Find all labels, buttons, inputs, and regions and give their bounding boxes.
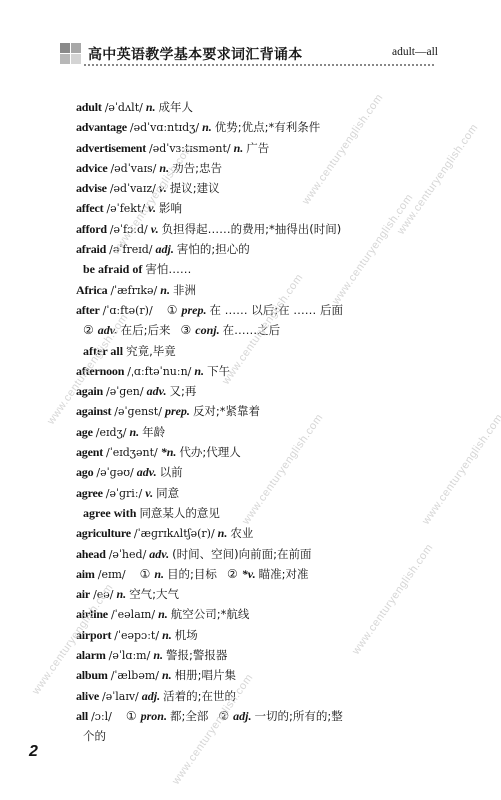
continuation-line: ②adv. 在后;后来③conj. 在……之后 (76, 320, 476, 340)
phonetic: /əˈɡriː/ (106, 487, 142, 500)
list-item: advertisement /ədˈvɜːtɪsmənt/ n. 广告 (76, 138, 476, 158)
definition: 同意某人的意见 (139, 506, 220, 520)
headword: advantage (76, 120, 127, 134)
part-of-speech: prep. (165, 404, 190, 418)
phrase-item: be afraid of 害怕…… (76, 259, 476, 279)
sense-number: ① (167, 303, 178, 317)
phrase: be afraid of (83, 262, 142, 276)
definition: 成年人 (159, 100, 194, 114)
phonetic: /əˈfekt/ (106, 202, 145, 215)
dotted-rule (84, 64, 434, 66)
definition: 都;全部 (170, 709, 208, 723)
definition: 提议;建议 (170, 181, 220, 195)
headword: all (76, 709, 88, 723)
list-item: ago /əˈɡəʊ/ adv. 以前 (76, 462, 476, 482)
part-of-speech: adj. (233, 709, 251, 723)
headword: aim (76, 567, 95, 581)
definition: 在后;后来 (121, 323, 171, 337)
definition: 在……之后 (223, 323, 281, 337)
definition: 劝告;忠告 (172, 161, 222, 175)
phonetic: /ɔːl/ (91, 710, 112, 723)
list-item: adult /əˈdʌlt/ n. 成年人 (76, 97, 476, 117)
definition: 以前 (160, 465, 183, 479)
definition: 农业 (230, 526, 253, 540)
definition: 空气;大气 (129, 587, 179, 601)
part-of-speech: adv. (147, 384, 167, 398)
headword: airport (76, 628, 111, 642)
definition: 又;再 (170, 384, 197, 398)
headword: album (76, 668, 108, 682)
phonetic: /əˈhed/ (109, 548, 147, 561)
definition: 影响 (159, 201, 182, 215)
headword: agriculture (76, 526, 131, 540)
phonetic: /ədˈvaɪs/ (110, 162, 156, 175)
phonetic: /ˈeəpɔːt/ (114, 629, 159, 642)
headword: adult (76, 100, 102, 114)
definition: 个的 (83, 729, 106, 743)
definition: 广告 (246, 141, 269, 155)
list-item: agree /əˈɡriː/ v. 同意 (76, 483, 476, 503)
part-of-speech: pron. (141, 709, 167, 723)
continuation-line: 个的 (76, 726, 476, 746)
definition: 目的;目标 (167, 567, 217, 581)
headword: after (76, 303, 100, 317)
phonetic: /əˈɡen/ (106, 385, 144, 398)
definition: 代办;代理人 (179, 445, 240, 459)
part-of-speech: v. (145, 486, 153, 500)
definition: 相册;唱片集 (175, 668, 236, 682)
headword: advice (76, 161, 107, 175)
phonetic: /ˈælbəm/ (111, 669, 159, 682)
phonetic: /ədˈvaɪz/ (110, 182, 156, 195)
headword: afternoon (76, 364, 124, 378)
headword: afraid (76, 242, 106, 256)
list-item: affect /əˈfekt/ v. 影响 (76, 198, 476, 218)
sense-number: ② (227, 567, 238, 581)
list-item: airport /ˈeəpɔːt/ n. 机场 (76, 625, 476, 645)
definition: 究竟,毕竟 (126, 344, 176, 358)
list-item: advise /ədˈvaɪz/ v. 提议;建议 (76, 178, 476, 198)
headword: ahead (76, 547, 106, 561)
part-of-speech: adv. (98, 323, 118, 337)
definition: 瞄准;对准 (259, 567, 309, 581)
phonetic: /əˈfɔːd/ (110, 223, 148, 236)
headword: air (76, 587, 90, 601)
list-item: age /eɪdʒ/ n. 年龄 (76, 422, 476, 442)
part-of-speech: n. (153, 648, 163, 662)
headword: alive (76, 689, 99, 703)
list-item: ahead /əˈhed/ adv. (时间、空间)向前面;在前面 (76, 544, 476, 564)
part-of-speech: n. (162, 628, 172, 642)
part-of-speech: adj. (142, 689, 160, 703)
list-item: again /əˈɡen/ adv. 又;再 (76, 381, 476, 401)
phonetic: /ˈɑːftə(r)/ (103, 304, 153, 317)
phonetic: /əˈɡenst/ (114, 405, 162, 418)
part-of-speech: n. (194, 364, 204, 378)
list-item: afternoon /ˌɑːftəˈnuːn/ n. 下午 (76, 361, 476, 381)
phonetic: /əˈdʌlt/ (105, 101, 143, 114)
phonetic: /əˈlaɪv/ (102, 690, 139, 703)
part-of-speech: v. (159, 181, 167, 195)
part-of-speech: n. (202, 120, 212, 134)
list-item: alarm /əˈlɑːm/ n. 警报;警报器 (76, 645, 476, 665)
part-of-speech: adv. (137, 465, 157, 479)
part-of-speech: *v. (242, 567, 256, 581)
list-item: airline /ˈeəlaɪn/ n. 航空公司;*航线 (76, 604, 476, 624)
sense-number: ② (83, 323, 94, 337)
part-of-speech: adj. (156, 242, 174, 256)
definition: 下午 (207, 364, 230, 378)
phonetic: /əˈɡəʊ/ (96, 466, 133, 479)
part-of-speech: *n. (161, 445, 177, 459)
sense-number: ③ (181, 323, 192, 337)
headword: ago (76, 465, 93, 479)
headword: agent (76, 445, 103, 459)
phonetic: /ˌɑːftəˈnuːn/ (127, 365, 191, 378)
phonetic: /ədˈvɑːntɪdʒ/ (130, 121, 199, 134)
list-item: all /ɔːl/①pron. 都;全部②adj. 一切的;所有的;整 (76, 706, 476, 726)
part-of-speech: n. (162, 668, 172, 682)
headword: age (76, 425, 93, 439)
page-number: 2 (29, 743, 38, 761)
phonetic: /eɪdʒ/ (96, 426, 127, 439)
phonetic: /ədˈvɜːtɪsmənt/ (149, 142, 231, 155)
list-item: alive /əˈlaɪv/ adj. 活着的;在世的 (76, 686, 476, 706)
headword: affect (76, 201, 103, 215)
phonetic: /ˈeəlaɪn/ (111, 608, 155, 621)
definition: 年龄 (142, 425, 165, 439)
sense-number: ① (140, 567, 151, 581)
definition: 优势;优点;*有利条件 (215, 120, 321, 134)
part-of-speech: n. (218, 526, 228, 540)
definition: 害怕…… (145, 262, 191, 276)
definition: 害怕的;担心的 (177, 242, 250, 256)
part-of-speech: prep. (181, 303, 206, 317)
headword: advertisement (76, 141, 146, 155)
list-item: advice /ədˈvaɪs/ n. 劝告;忠告 (76, 158, 476, 178)
definition: 一切的;所有的;整 (254, 709, 342, 723)
sense-number: ① (126, 709, 137, 723)
list-item: Africa /ˈæfrɪkə/ n. 非洲 (76, 280, 476, 300)
definition: 活着的;在世的 (163, 689, 236, 703)
definition: 航空公司;*航线 (171, 607, 250, 621)
headword: again (76, 384, 103, 398)
phonetic: /əˈfreɪd/ (109, 243, 152, 256)
headword: airline (76, 607, 108, 621)
definition: 警报;警报器 (166, 648, 227, 662)
entry-range: adult—all (392, 46, 438, 58)
part-of-speech: v. (148, 201, 156, 215)
four-squares-icon (60, 43, 82, 65)
definition: 在 …… 以后;在 …… 后面 (209, 303, 343, 317)
phrase-item: after all 究竟,毕竟 (76, 341, 476, 361)
headword: advise (76, 181, 107, 195)
phonetic: /ˈæfrɪkə/ (110, 284, 157, 297)
phonetic: /əˈlɑːm/ (109, 649, 151, 662)
list-item: air /eə/ n. 空气;大气 (76, 584, 476, 604)
phonetic: /ˈeɪdʒənt/ (106, 446, 158, 459)
phonetic: /eə/ (93, 588, 113, 601)
phrase: after all (83, 344, 123, 358)
vocabulary-list: adult /əˈdʌlt/ n. 成年人advantage /ədˈvɑːnt… (76, 97, 476, 747)
list-item: agriculture /ˈæɡrɪkʌltʃə(r)/ n. 农业 (76, 523, 476, 543)
part-of-speech: n. (146, 100, 156, 114)
headword: afford (76, 222, 107, 236)
list-item: against /əˈɡenst/ prep. 反对;*紧靠着 (76, 401, 476, 421)
part-of-speech: conj. (195, 323, 219, 337)
headword: agree (76, 486, 103, 500)
part-of-speech: n. (154, 567, 164, 581)
phonetic: /eɪm/ (98, 568, 126, 581)
part-of-speech: adv. (149, 547, 169, 561)
list-item: afraid /əˈfreɪd/ adj. 害怕的;担心的 (76, 239, 476, 259)
sense-number: ② (218, 709, 229, 723)
definition: (时间、空间)向前面;在前面 (172, 547, 311, 561)
headword: alarm (76, 648, 106, 662)
part-of-speech: n. (158, 607, 168, 621)
book-title: 高中英语教学基本要求词汇背诵本 (88, 44, 303, 64)
running-header: 高中英语教学基本要求词汇背诵本 adult—all (60, 43, 432, 69)
definition: 同意 (156, 486, 179, 500)
list-item: advantage /ədˈvɑːntɪdʒ/ n. 优势;优点;*有利条件 (76, 117, 476, 137)
part-of-speech: n. (159, 161, 169, 175)
definition: 机场 (175, 628, 198, 642)
definition: 非洲 (173, 283, 196, 297)
list-item: agent /ˈeɪdʒənt/ *n. 代办;代理人 (76, 442, 476, 462)
part-of-speech: n. (234, 141, 244, 155)
part-of-speech: n. (129, 425, 139, 439)
part-of-speech: n. (117, 587, 127, 601)
phrase: agree with (83, 506, 136, 520)
headword: against (76, 404, 111, 418)
phrase-item: agree with 同意某人的意见 (76, 503, 476, 523)
definition: 负担得起……的费用;*抽得出(时间) (162, 222, 342, 236)
list-item: after /ˈɑːftə(r)/①prep. 在 …… 以后;在 …… 后面 (76, 300, 476, 320)
headword: Africa (76, 283, 107, 297)
list-item: aim /eɪm/①n. 目的;目标②*v. 瞄准;对准 (76, 564, 476, 584)
part-of-speech: v. (151, 222, 159, 236)
definition: 反对;*紧靠着 (193, 404, 260, 418)
phonetic: /ˈæɡrɪkʌltʃə(r)/ (134, 527, 215, 540)
list-item: afford /əˈfɔːd/ v. 负担得起……的费用;*抽得出(时间) (76, 219, 476, 239)
list-item: album /ˈælbəm/ n. 相册;唱片集 (76, 665, 476, 685)
part-of-speech: n. (160, 283, 170, 297)
